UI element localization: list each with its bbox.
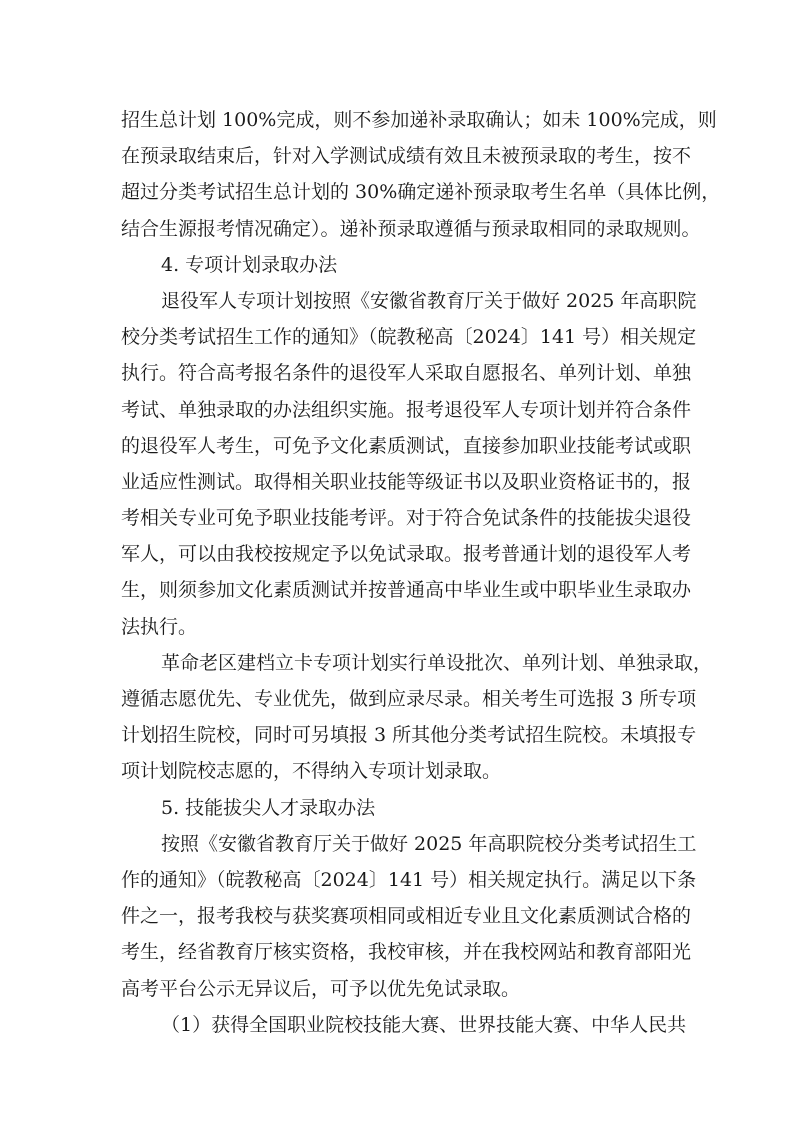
text-line: 件之一，报考我校与获奖赛项相同或相近专业且文化素质测试合格的	[121, 898, 681, 934]
text-line: 生，则须参加文化素质测试并按普通高中毕业生或中职毕业生录取办	[121, 572, 681, 608]
text-line: 执行。符合高考报名条件的退役军人采取自愿报名、单列计划、单独	[121, 355, 681, 391]
document-page: 招生总计划 100%完成，则不参加递补录取确认；如未 100%完成，则 在预录取…	[121, 102, 681, 1043]
text-line: 的退役军人考生，可免予文化素质测试，直接参加职业技能考试或职	[121, 428, 681, 464]
text-line: 项计划院校志愿的，不得纳入专项计划录取。	[121, 753, 681, 789]
text-line: 退役军人专项计划按照《安徽省教育厅关于做好 2025 年高职院	[121, 283, 681, 319]
text-line: 法执行。	[121, 609, 681, 645]
text-line: 招生总计划 100%完成，则不参加递补录取确认；如未 100%完成，则	[121, 102, 681, 138]
text-line: 革命老区建档立卡专项计划实行单设批次、单列计划、单独录取，	[121, 645, 681, 681]
text-line: 计划招生院校，同时可另填报 3 所其他分类考试招生院校。未填报专	[121, 717, 681, 753]
list-item-1: （1）获得全国职业院校技能大赛、世界技能大赛、中华人民共	[121, 1007, 681, 1043]
text-line: 遵循志愿优先、专业优先，做到应录尽录。相关考生可选报 3 所专项	[121, 681, 681, 717]
text-line: 考生，经省教育厅核实资格，我校审核，并在我校网站和教育部阳光	[121, 934, 681, 970]
section-heading-5: 5. 技能拔尖人才录取办法	[121, 790, 681, 826]
text-line: 考相关专业可免予职业技能考评。对于符合免试条件的技能拔尖退役	[121, 500, 681, 536]
text-line: 校分类考试招生工作的通知》（皖教秘高〔2024〕141 号）相关规定	[121, 319, 681, 355]
text-line: 高考平台公示无异议后，可予以优先免试录取。	[121, 971, 681, 1007]
text-line: 按照《安徽省教育厅关于做好 2025 年高职院校分类考试招生工	[121, 826, 681, 862]
text-line: 在预录取结束后，针对入学测试成绩有效且未被预录取的考生，按不	[121, 138, 681, 174]
section-heading-4: 4. 专项计划录取办法	[121, 247, 681, 283]
text-line: 军人，可以由我校按规定予以免试录取。报考普通计划的退役军人考	[121, 536, 681, 572]
text-line: 作的通知》（皖教秘高〔2024〕141 号）相关规定执行。满足以下条	[121, 862, 681, 898]
text-line: 结合生源报考情况确定）。递补预录取遵循与预录取相同的录取规则。	[121, 211, 681, 247]
text-line: 业适应性测试。取得相关职业技能等级证书以及职业资格证书的，报	[121, 464, 681, 500]
text-line: 考试、单独录取的办法组织实施。报考退役军人专项计划并符合条件	[121, 392, 681, 428]
text-line: 超过分类考试招生总计划的 30%确定递补预录取考生名单（具体比例，	[121, 174, 681, 210]
